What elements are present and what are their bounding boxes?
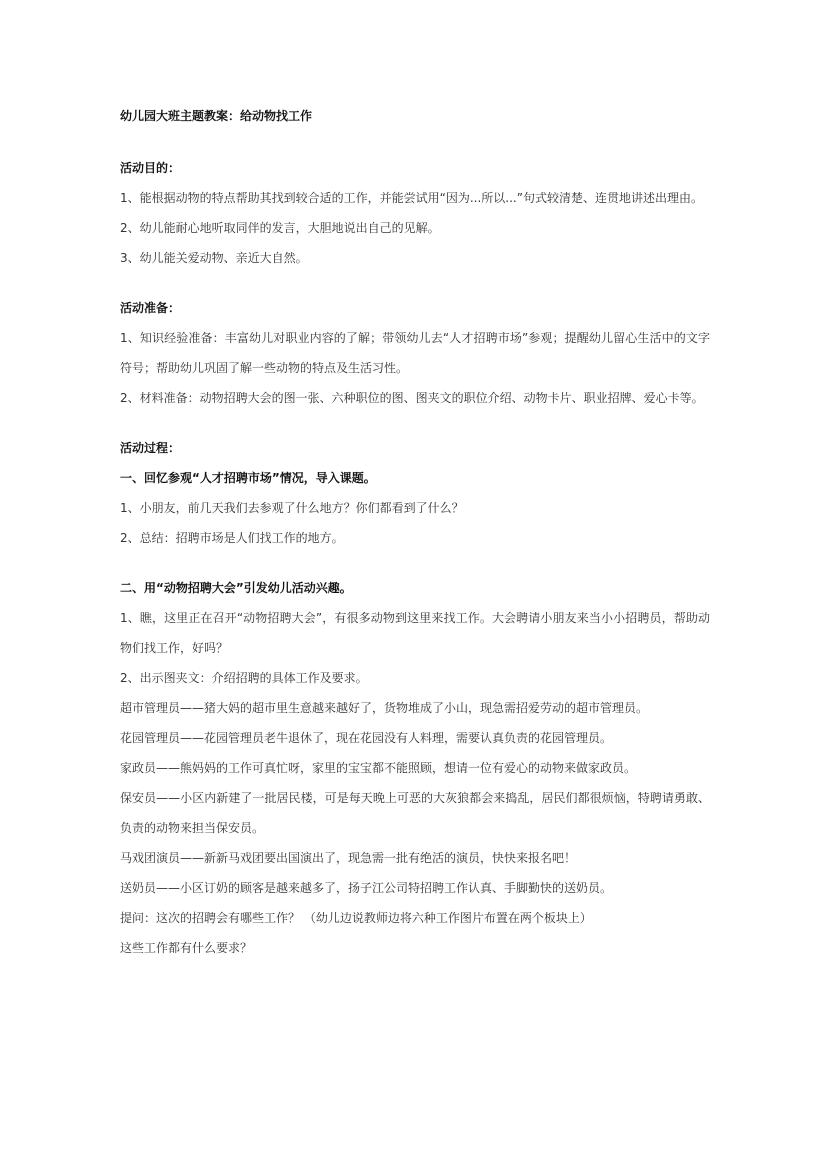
- subsection-heading-2: 二、用“动物招聘大会”引发幼儿活动兴趣。: [120, 573, 710, 603]
- preparation-item: 2、材料准备：动物招聘大会的图一张、六种职位的图、图夹文的职位介绍、动物卡片、职…: [120, 383, 710, 413]
- job-description: 花园管理员——花园管理员老牛退休了，现在花园没有人料理，需要认真负责的花园管理员…: [120, 723, 710, 753]
- spacer: [120, 413, 710, 433]
- document-page: 幼儿园大班主题教案：给动物找工作 活动目的： 1、能根据动物的特点帮助其找到较合…: [120, 106, 710, 963]
- document-title: 幼儿园大班主题教案：给动物找工作: [120, 106, 710, 126]
- preparation-item: 1、知识经验准备：丰富幼儿对职业内容的了解；带领幼儿去“人才招聘市场”参观；提醒…: [120, 323, 710, 383]
- process-item: 1、瞧，这里正在召开“动物招聘大会”，有很多动物到这里来找工作。大会聘请小朋友来…: [120, 603, 710, 663]
- section-heading-preparation: 活动准备：: [120, 293, 710, 323]
- question-item: 这些工作都有什么要求？: [120, 933, 710, 963]
- process-item: 2、出示图夹文：介绍招聘的具体工作及要求。: [120, 663, 710, 693]
- objective-item: 3、幼儿能关爱动物、亲近大自然。: [120, 243, 710, 273]
- process-item: 1、小朋友，前几天我们去参观了什么地方？你们都看到了什么？: [120, 493, 710, 523]
- section-heading-objectives: 活动目的：: [120, 153, 710, 183]
- section-heading-process: 活动过程：: [120, 433, 710, 463]
- objective-item: 2、幼儿能耐心地听取同伴的发言，大胆地说出自己的见解。: [120, 213, 710, 243]
- subsection-heading-1: 一、回忆参观“人才招聘市场”情况，导入课题。: [120, 463, 710, 493]
- question-item: 提问：这次的招聘会有哪些工作？ （幼儿边说教师边将六种工作图片布置在两个板块上）: [120, 903, 710, 933]
- job-description: 送奶员——小区订奶的顾客是越来越多了，扬子江公司特招聘工作认真、手脚勤快的送奶员…: [120, 873, 710, 903]
- job-description: 保安员——小区内新建了一批居民楼，可是每天晚上可恶的大灰狼都会来捣乱，居民们都很…: [120, 783, 710, 843]
- process-item: 2、总结：招聘市场是人们找工作的地方。: [120, 523, 710, 553]
- job-description: 马戏团演员——新新马戏团要出国演出了，现急需一批有绝活的演员，快快来报名吧！: [120, 843, 710, 873]
- spacer: [120, 553, 710, 573]
- job-description: 家政员——熊妈妈的工作可真忙呀，家里的宝宝都不能照顾，想请一位有爱心的动物来做家…: [120, 753, 710, 783]
- spacer: [120, 273, 710, 293]
- job-description: 超市管理员——猪大妈的超市里生意越来越好了，货物堆成了小山，现急需招爱劳动的超市…: [120, 693, 710, 723]
- objective-item: 1、能根据动物的特点帮助其找到较合适的工作，并能尝试用“因为...所以...”句…: [120, 183, 710, 213]
